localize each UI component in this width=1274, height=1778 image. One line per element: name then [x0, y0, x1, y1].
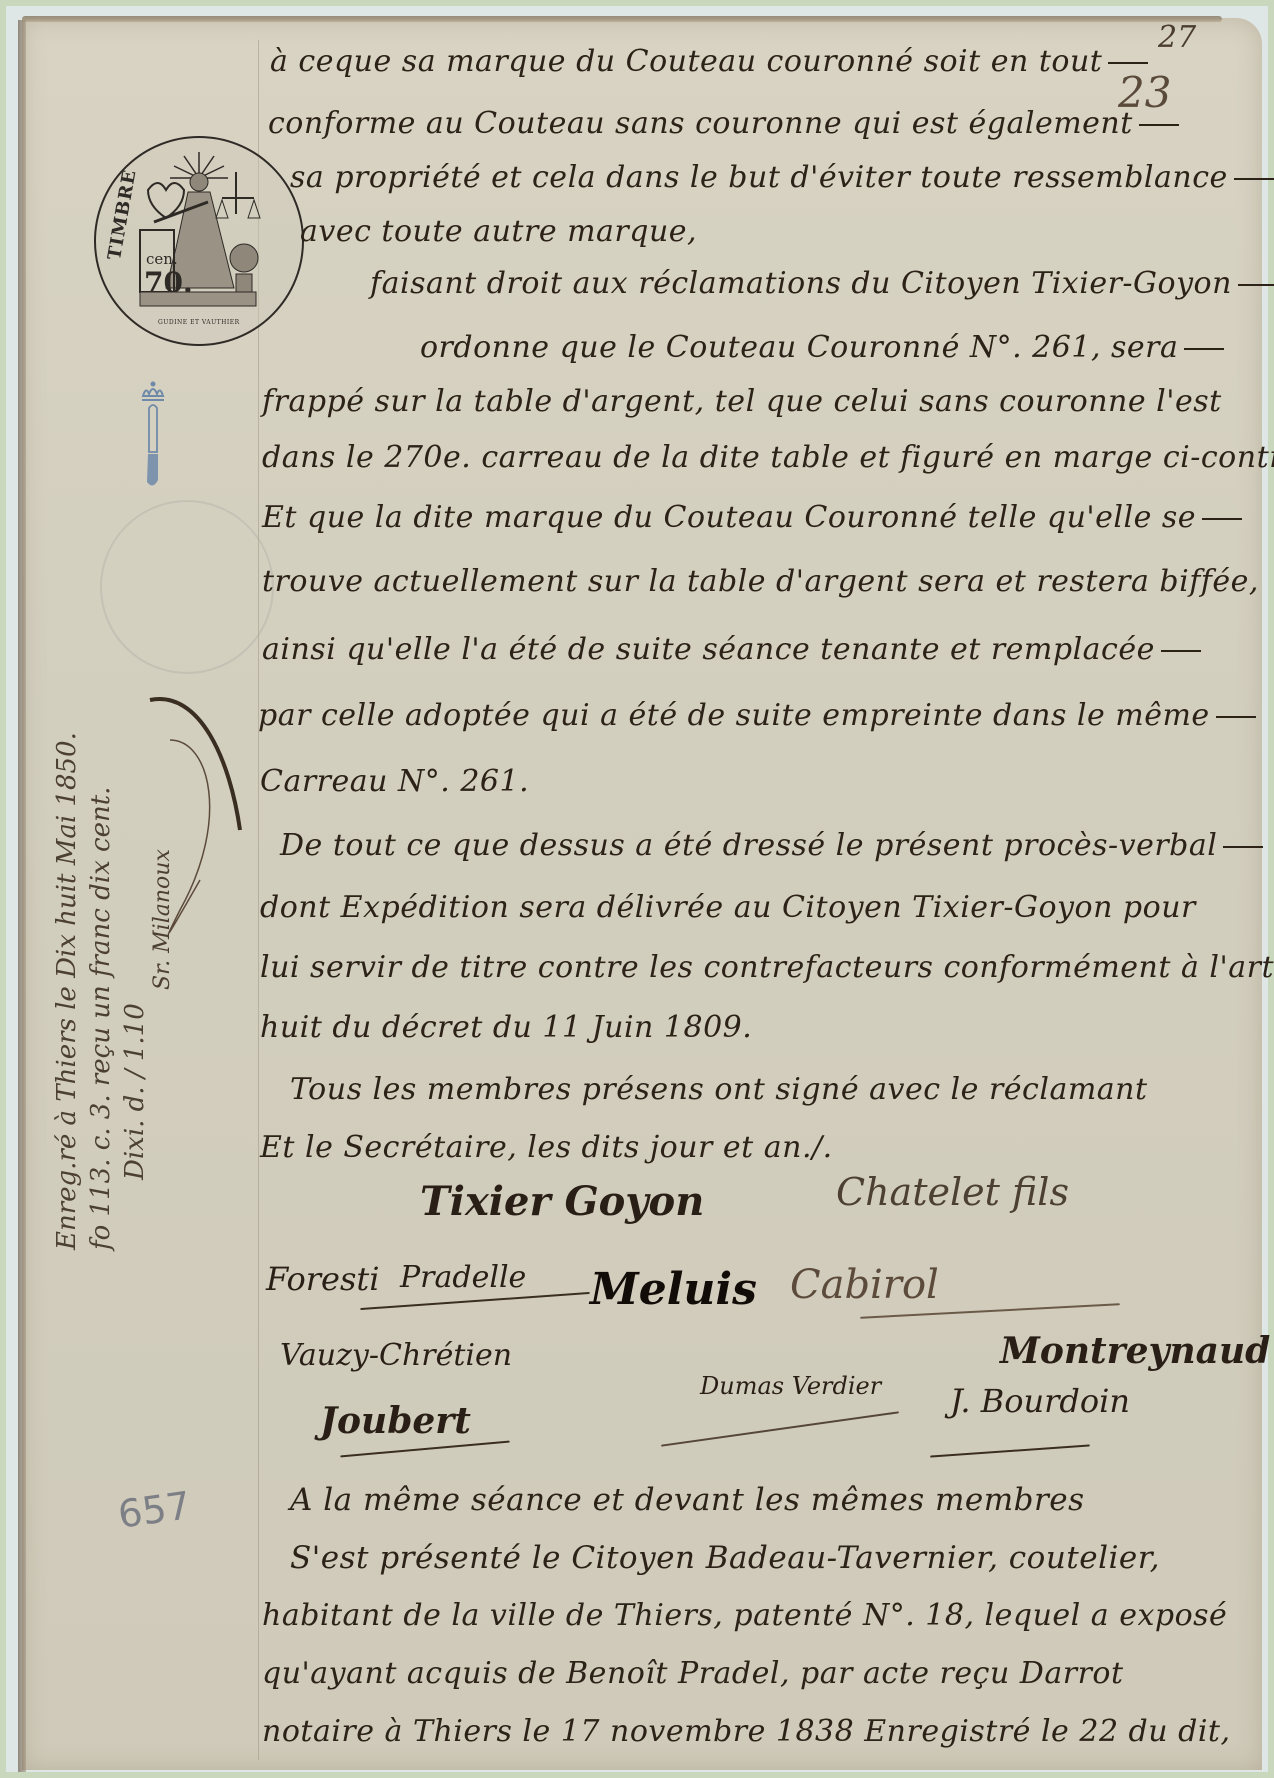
- crowned-knife-icon: [138, 380, 168, 490]
- body-line-7: frappé sur la table d'argent, tel que ce…: [262, 384, 1222, 419]
- signature-bourdoin: J. Bourdoin: [950, 1382, 1130, 1420]
- signature-montreynaud: Montreynaud: [1000, 1330, 1270, 1372]
- embossed-seal: [100, 500, 274, 674]
- margin-annotation-3: Dixi. d. / 1.10: [120, 1003, 150, 1180]
- body-line-18: Tous les membres présens ont signé avec …: [290, 1072, 1148, 1107]
- signature-tixier-goyon: Tixier Goyon: [420, 1178, 704, 1225]
- continuation-line-2: S'est présenté le Citoyen Badeau-Taverni…: [290, 1540, 1160, 1576]
- body-line-8: dans le 270e. carreau de la dite table e…: [262, 440, 1274, 475]
- body-line-9: Et que la dite marque du Couteau Couronn…: [262, 500, 1242, 535]
- body-line-17: huit du décret du 11 Juin 1809.: [260, 1010, 752, 1045]
- body-line-14: De tout ce que dessus a été dressé le pr…: [280, 828, 1263, 863]
- body-line-2: conforme au Couteau sans couronne qui es…: [268, 106, 1179, 141]
- signature-dumas-verdier: Dumas Verdier: [700, 1372, 881, 1400]
- continuation-line-5: notaire à Thiers le 17 novembre 1838 Enr…: [262, 1714, 1231, 1749]
- body-line-16: lui servir de titre contre les contrefac…: [260, 950, 1274, 985]
- stamp-value: 70.: [144, 266, 193, 299]
- tax-stamp: TIMBRE cen. 70. GUDINE ET VAUTHIER: [94, 136, 304, 346]
- signature-cabirol: Cabirol: [790, 1262, 939, 1308]
- body-line-3: sa propriété et cela dans le but d'évite…: [290, 160, 1274, 195]
- body-line-1: à ceque sa marque du Couteau couronné so…: [270, 44, 1148, 79]
- continuation-line-1: A la même séance et devant les mêmes mem…: [290, 1482, 1085, 1518]
- margin-annotation-1: Enreg.ré à Thiers le Dix huit Mai 1850.: [52, 732, 82, 1250]
- margin-flourish-icon: [140, 680, 250, 960]
- body-line-4: avec toute autre marque,: [300, 214, 697, 249]
- margin-annotation-2: fo 113. c. 3. reçu un franc dix cent.: [86, 787, 116, 1250]
- signature-pradelle: Pradelle: [400, 1260, 526, 1295]
- body-line-11: ainsi qu'elle l'a été de suite séance te…: [262, 632, 1201, 667]
- body-line-6: ordonne que le Couteau Couronné N°. 261,…: [420, 330, 1224, 365]
- continuation-line-3: habitant de la ville de Thiers, patenté …: [262, 1598, 1227, 1633]
- signature-joubert: Joubert: [320, 1400, 471, 1442]
- body-line-13: Carreau N°. 261.: [260, 764, 529, 799]
- folio-mark-primary: 27: [1158, 20, 1196, 55]
- signature-vauzy-chretien: Vauzy-Chrétien: [280, 1338, 512, 1373]
- continuation-line-4: qu'ayant acquis de Benoît Pradel, par ac…: [262, 1656, 1124, 1691]
- body-line-12: par celle adoptée qui a été de suite emp…: [258, 698, 1256, 733]
- body-line-15: dont Expédition sera délivrée au Citoyen…: [260, 890, 1196, 925]
- body-line-19: Et le Secrétaire, les dits jour et an./.: [260, 1130, 833, 1165]
- page-top-edge: [22, 16, 1222, 22]
- signature-foresti: Foresti: [266, 1260, 379, 1298]
- body-line-5: faisant droit aux réclamations du Citoye…: [370, 266, 1274, 301]
- stamp-printer: GUDINE ET VAUTHIER: [158, 319, 240, 326]
- page-left-edge: [18, 20, 26, 1772]
- body-line-10: trouve actuellement sur la table d'argen…: [262, 564, 1259, 599]
- signature-meluis: Meluis: [590, 1264, 757, 1315]
- signature-chatelet: Chatelet fils: [836, 1170, 1069, 1214]
